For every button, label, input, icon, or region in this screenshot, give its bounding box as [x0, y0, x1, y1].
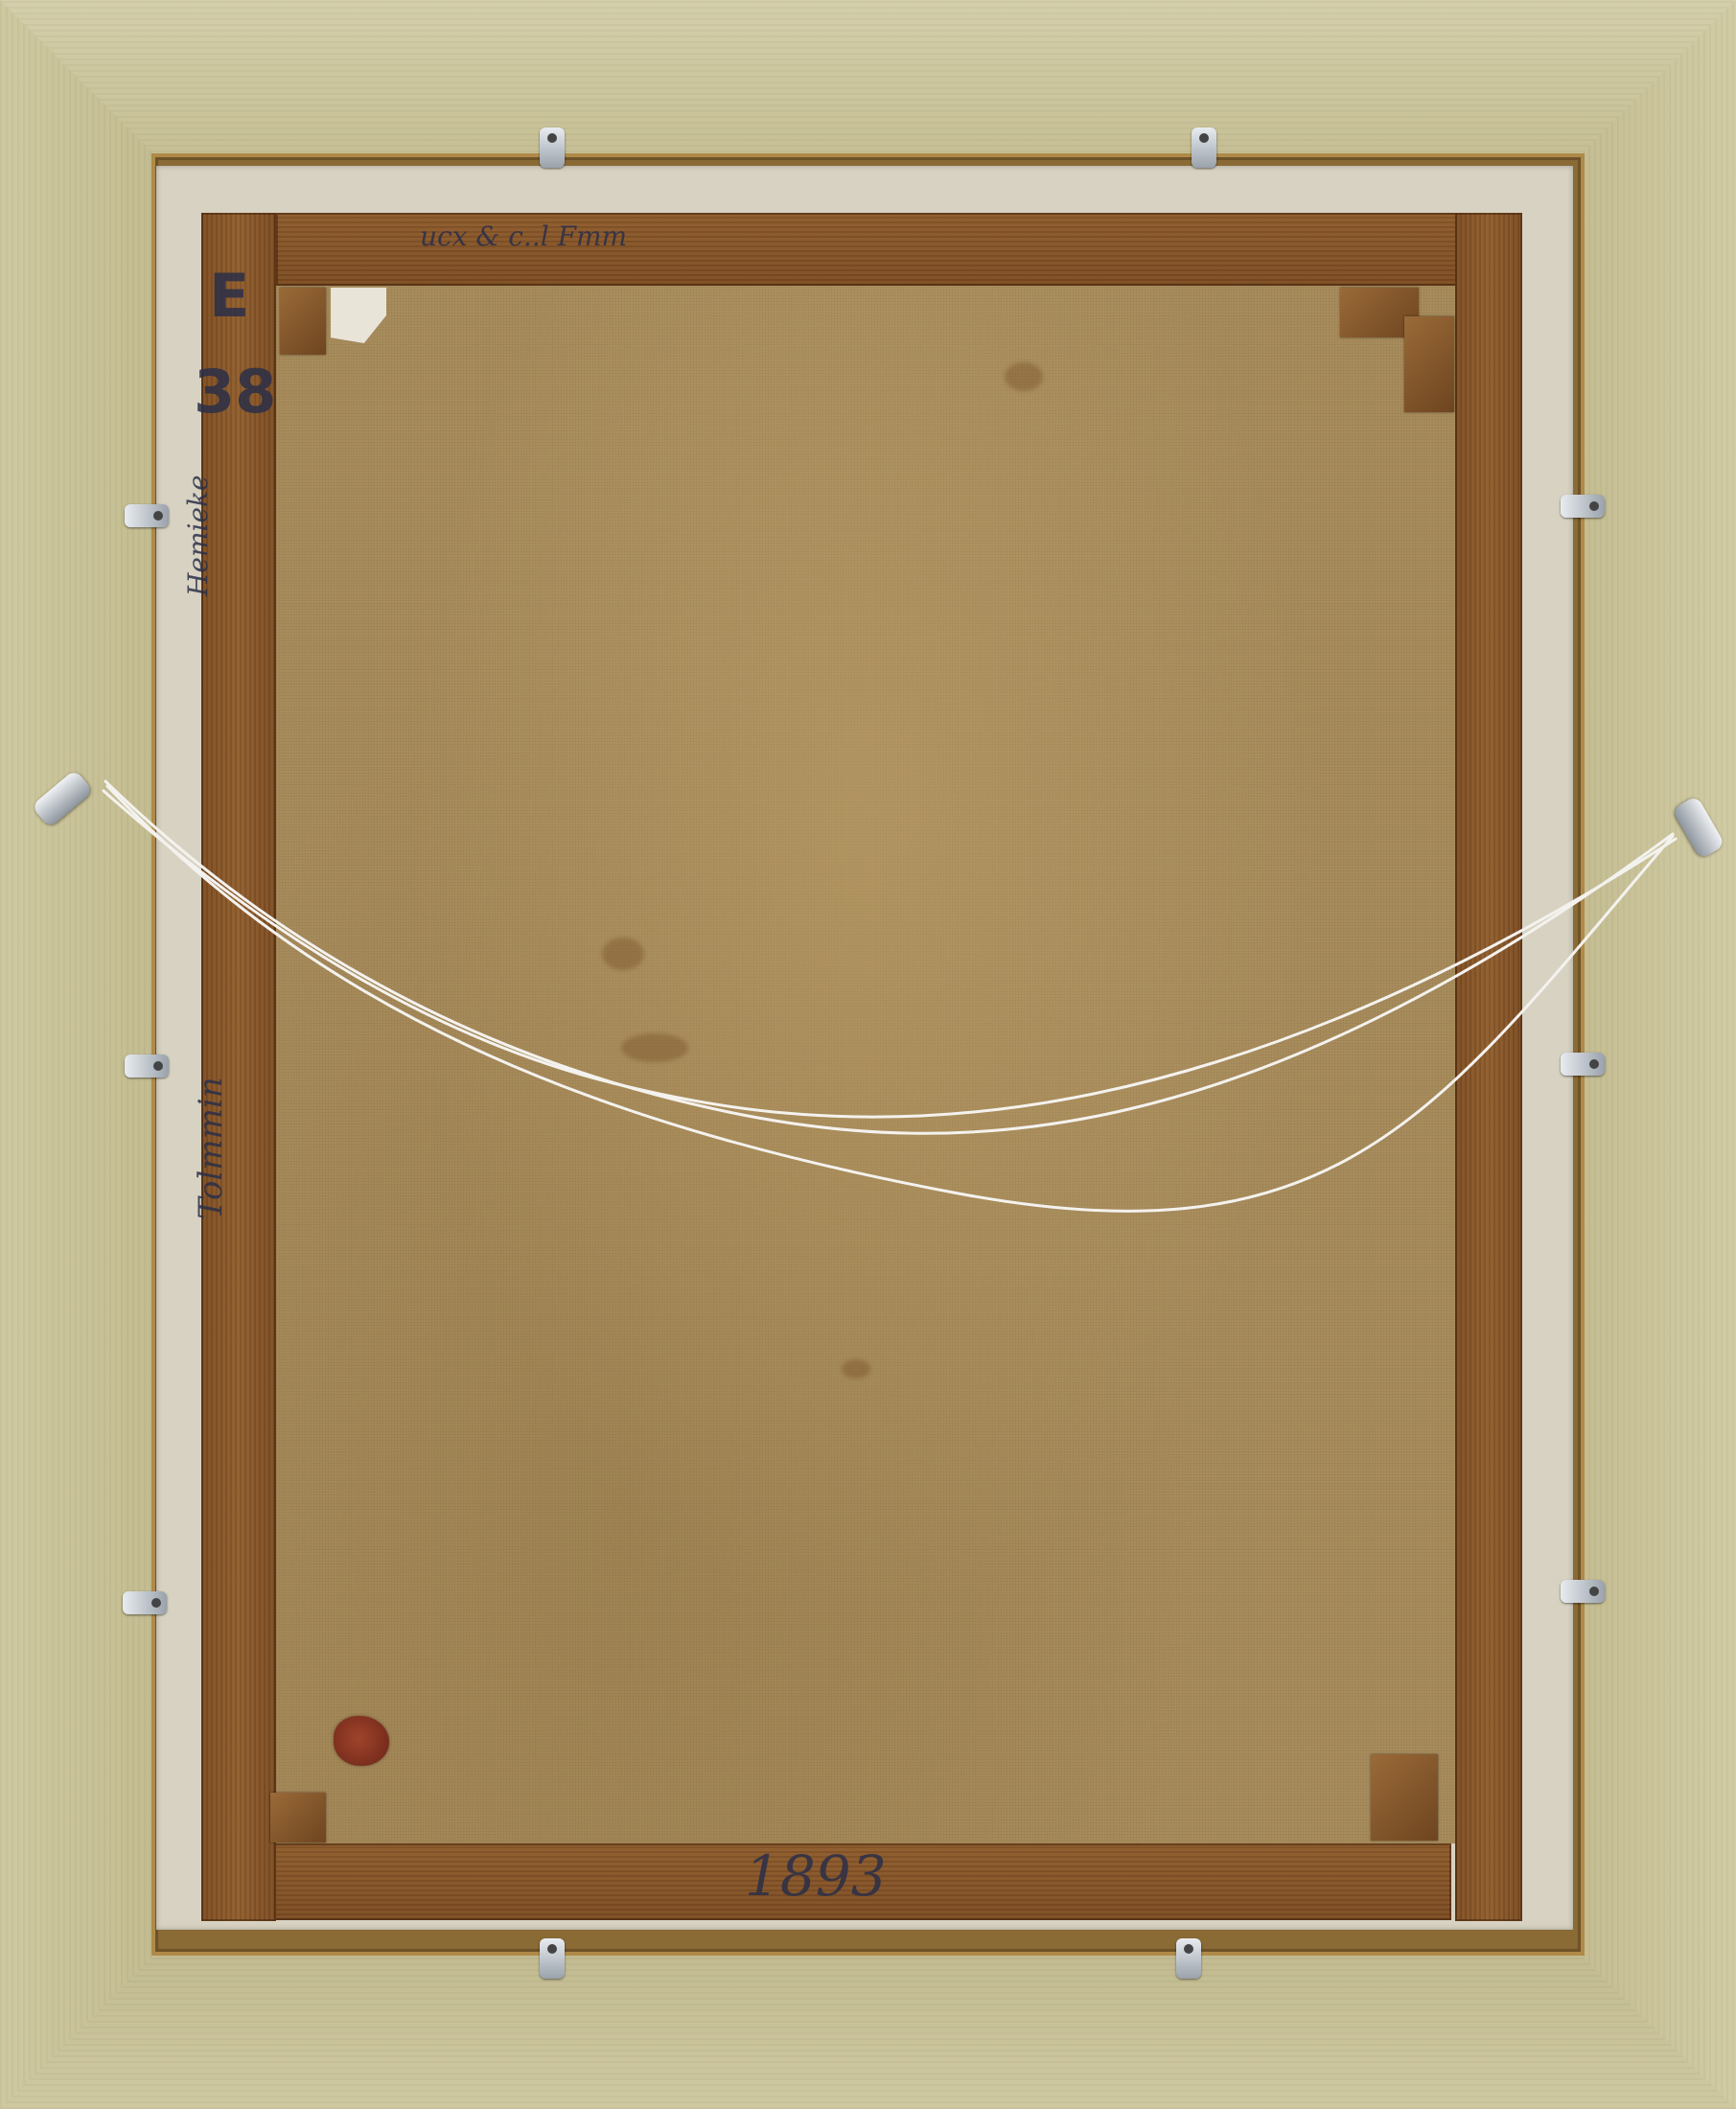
- hanging-wire: [0, 0, 1736, 2109]
